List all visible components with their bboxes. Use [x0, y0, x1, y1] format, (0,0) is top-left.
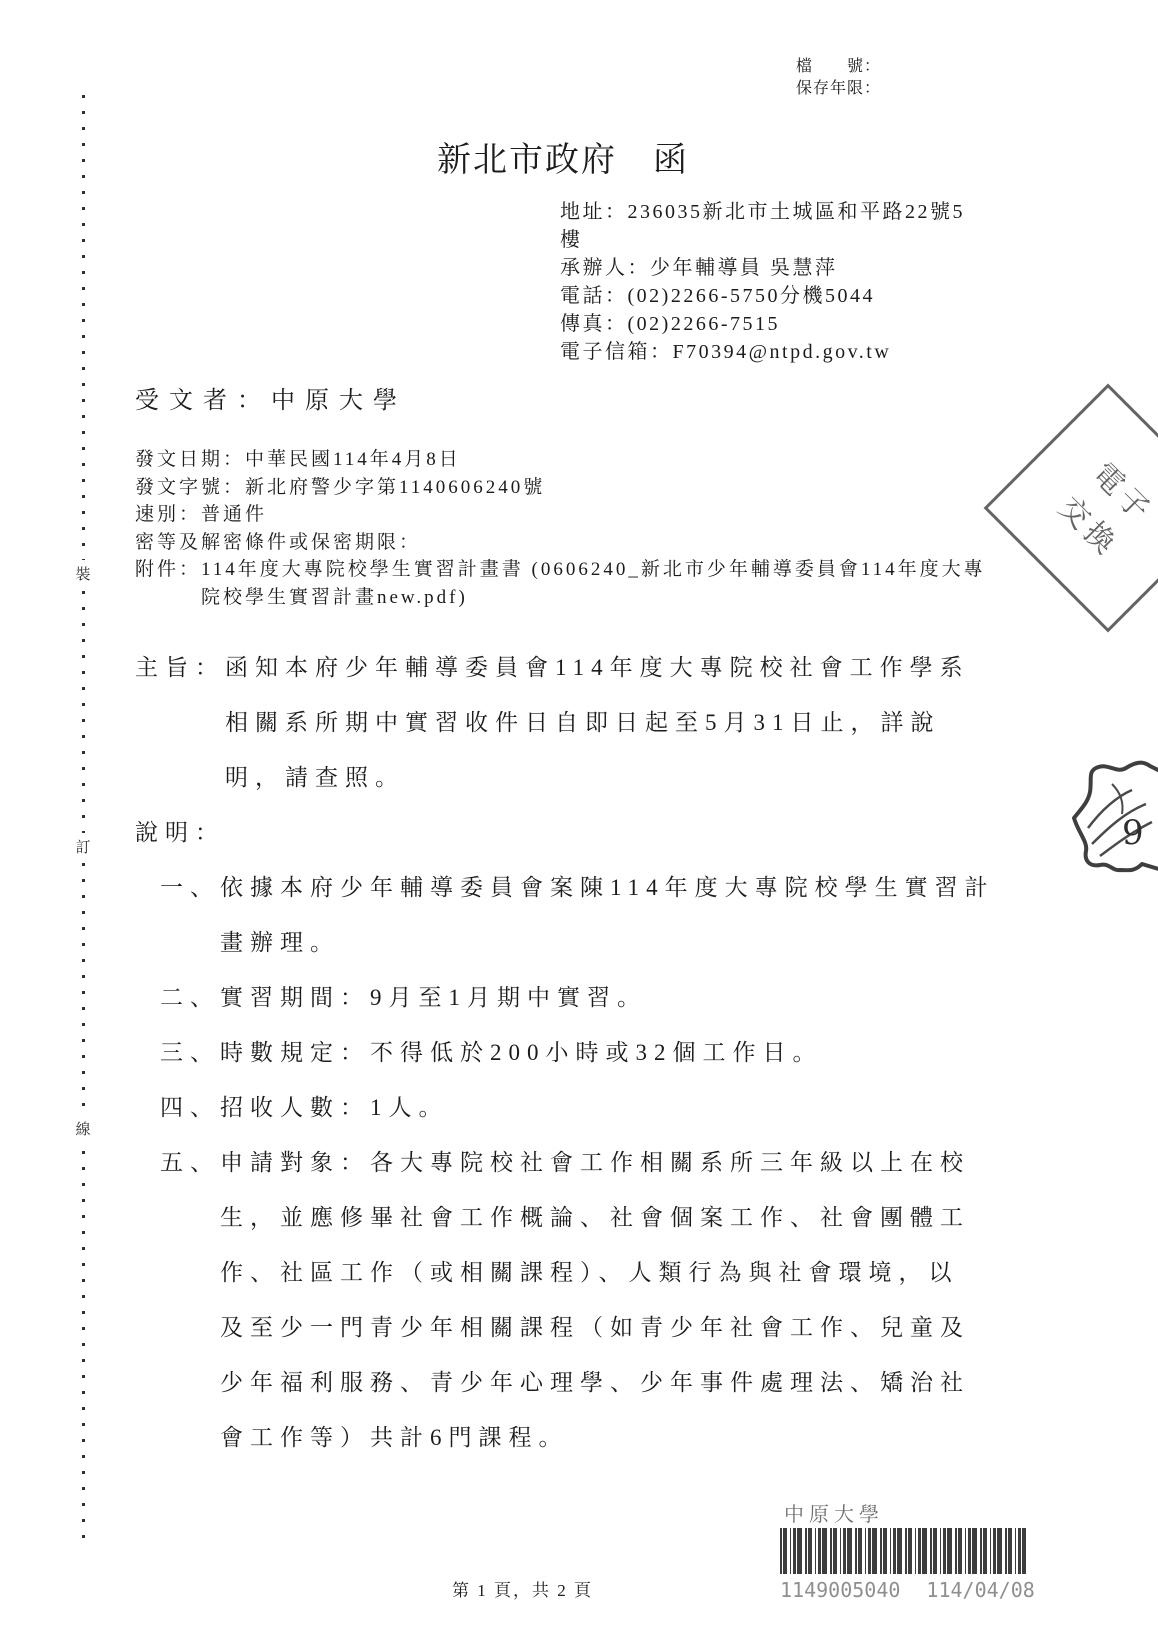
- security-class: 密等及解密條件或保密期限：: [135, 529, 995, 557]
- sender-contact-block: 地址：236035新北市土城區和平路22號5 樓 承辦人：少年輔導員 吳慧萍 電…: [560, 198, 990, 366]
- item-text: 依據本府少年輔導委員會案陳114年度大專院校學生實習計 畫辦理。: [220, 875, 995, 955]
- item-number: 三、: [160, 1040, 220, 1065]
- binding-dotted-line: [82, 95, 85, 1543]
- contact-person: 承辦人：少年輔導員 吳慧萍: [560, 254, 990, 282]
- crumpled-mark-stamp: 9: [1070, 758, 1158, 881]
- dispatch-number: 發文字號：新北府警少字第1140606240號: [135, 474, 995, 502]
- explanation-item-1: 一、依據本府少年輔導委員會案陳114年度大專院校學生實習計 畫辦理。: [160, 860, 1035, 970]
- item-number: 一、: [160, 875, 220, 900]
- contact-email: 電子信箱：F70394@ntpd.gov.tw: [560, 338, 990, 366]
- contact-phone: 電話：(02)2266-5750分機5044: [560, 282, 990, 310]
- barcode-title: 中原大學: [784, 1498, 884, 1527]
- item-number: 二、: [160, 985, 220, 1010]
- item-text: 申請對象：各大專院校社會工作相關系所三年級以上在校 生，並應修畢社會工作概論、社…: [220, 1150, 970, 1450]
- explanation-item-5: 五、申請對象：各大專院校社會工作相關系所三年級以上在校 生，並應修畢社會工作概論…: [160, 1135, 1035, 1465]
- speed-class: 速別：普通件: [135, 501, 995, 529]
- barcode-date: 114/04/08: [926, 1578, 1034, 1602]
- item-text: 實習期間：9月至1月期中實習。: [220, 985, 647, 1010]
- electronic-exchange-stamp: 電子 交換: [984, 384, 1158, 633]
- binding-char-zhuang: 裝: [72, 560, 94, 587]
- archive-label-block: 檔 號： 保存年限：: [796, 56, 881, 100]
- barcode-numbers: 1149005040 114/04/08: [780, 1578, 1070, 1602]
- binding-char-ding: 訂: [72, 833, 94, 860]
- item-text: 招收人數：1人。: [220, 1095, 449, 1120]
- explanation-item-3: 三、時數規定：不得低於200小時或32個工作日。: [160, 1025, 1035, 1080]
- file-number-label: 檔 號：: [796, 56, 881, 78]
- barcode-number: 1149005040: [780, 1578, 900, 1602]
- contact-fax: 傳真：(02)2266-7515: [560, 310, 990, 338]
- item-number: 五、: [160, 1150, 220, 1175]
- stamp-digit: 9: [1122, 813, 1144, 853]
- page-number-info: 第 1 頁，共 2 頁: [452, 1576, 593, 1601]
- item-number: 四、: [160, 1095, 220, 1120]
- recipient-line: 受文者：中原大學: [135, 380, 407, 415]
- document-title: 新北市政府 函: [437, 132, 689, 181]
- dispatch-date: 發文日期：中華民國114年4月8日: [135, 446, 995, 474]
- dispatch-meta-block: 發文日期：中華民國114年4月8日 發文字號：新北府警少字第1140606240…: [135, 446, 995, 611]
- sender-address: 地址：236035新北市土城區和平路22號5 樓: [560, 198, 990, 254]
- letter-body: 主旨：函知本府少年輔導委員會114年度大專院校社會工作學系 相關系所期中實習收件…: [135, 640, 1035, 1465]
- explanation-label: 說明：: [135, 805, 1035, 860]
- item-text: 時數規定：不得低於200小時或32個工作日。: [220, 1040, 823, 1065]
- attachment-line: 附件：114年度大專院校學生實習計畫書 (0606240_新北市少年輔導委員會1…: [135, 556, 995, 611]
- retention-period-label: 保存年限：: [796, 78, 881, 100]
- subject-label: 主旨：: [135, 655, 225, 680]
- official-letter-page: 裝 訂 線 檔 號： 保存年限： 新北市政府 函 地址：236035新北市土城區…: [0, 0, 1158, 1649]
- barcode-image: [780, 1528, 1026, 1574]
- crumple-mark-graphic: 9: [1070, 758, 1158, 876]
- subject-text: 函知本府少年輔導委員會114年度大專院校社會工作學系 相關系所期中實習收件日自即…: [225, 655, 970, 790]
- subject-paragraph: 主旨：函知本府少年輔導委員會114年度大專院校社會工作學系 相關系所期中實習收件…: [135, 640, 1035, 805]
- explanation-item-4: 四、招收人數：1人。: [160, 1080, 1035, 1135]
- explanation-item-2: 二、實習期間：9月至1月期中實習。: [160, 970, 1035, 1025]
- attachment-label: 附件：: [135, 559, 201, 580]
- attachment-text: 114年度大專院校學生實習計畫書 (0606240_新北市少年輔導委員會114年…: [201, 559, 986, 608]
- binding-char-xian: 線: [72, 1115, 94, 1142]
